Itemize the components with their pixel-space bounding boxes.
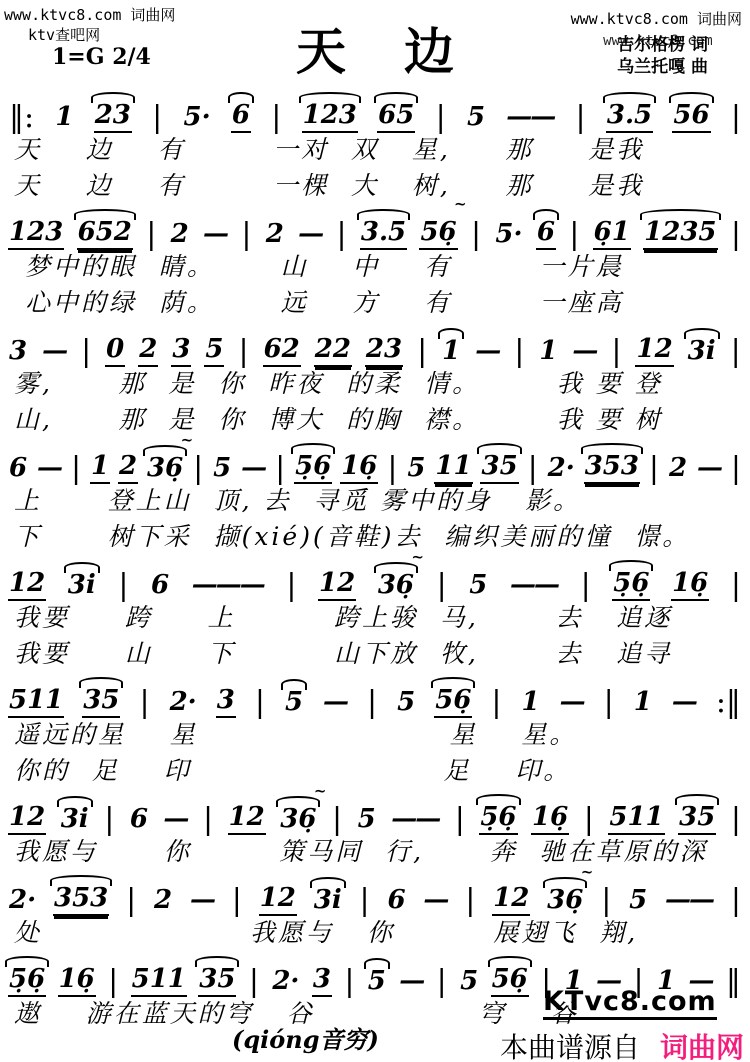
lyric-line: 天 边 有 一对 双 星, 那 是我 [8,133,742,169]
note: 2 [668,455,688,484]
note: 12 [228,804,266,835]
note: 5 [367,968,387,997]
lyric-line: 上 登上山 顶, 去 寻觅 雾中的身 影。 [8,484,742,520]
note: 5· [183,104,212,133]
sheet-music-page: www.ktvc8.com 词曲网 ktv查吧网 1=G 2/4 天边 www.… [0,0,750,1062]
lyric-line: 遥远的星 星 星 星。 [8,718,742,754]
barline: | [335,220,347,250]
note: 16̣ [340,453,378,484]
note: 6 [129,806,149,835]
lyricist-credit-line: www.ktvc8.com 吉尔格楞 词 [617,30,708,52]
barline: | [730,103,742,133]
note: — [36,455,62,484]
source-label: 本曲谱源自 [500,1032,640,1062]
note: 16̣ [531,804,569,835]
note: —— [664,887,714,916]
barline: | [145,220,157,250]
barline: | [117,571,129,601]
note: 6 [231,102,251,133]
credits-block: www.ktvc8.com 吉尔格楞 词 乌兰托嘎 曲 [617,30,708,77]
note: 35 [198,966,236,997]
note: 62 [263,336,301,367]
barline: | [454,805,466,835]
lyric-line: 我要 跨 上 跨上骏 马, 去 追逐 [8,601,742,637]
barline: | [103,805,115,835]
note: 2· [547,455,576,484]
note: 5 [357,806,377,835]
note: 1 [90,453,110,484]
note: 3 [8,338,28,367]
note: 2 [170,221,190,250]
barline: | [125,886,137,916]
note: — [189,887,215,916]
note: — [422,887,448,916]
notation-row: 51135|2·3|5—|556̣|1—|1—:‖ [8,673,742,718]
note: 353 [53,885,109,916]
note: 3.5 [360,219,407,250]
pronunciation-note: (qióng音穷) [232,1020,379,1055]
lyric-line: 心中的绿 荫。 远 方 有 一座高 [8,286,742,322]
note: 2 [118,453,138,484]
note: 511 [608,804,664,835]
notation-row: 123i|6———|1236̣|5——|5̣6̣16̣| [8,556,742,601]
note: 6 [8,455,28,484]
barline: | [435,103,447,133]
note: 3i [313,887,343,916]
note: — [202,221,228,250]
barline: | [80,337,92,367]
barline: | [436,571,448,601]
note: 2 [265,221,285,250]
barline: | [366,688,378,718]
score-system: 2·353|2—|123i|6—|1236̣|5——|处 我愿与 你 展翅飞 翔… [0,871,750,952]
note: 5 [406,455,426,484]
note: — [398,968,424,997]
note: 65 [377,102,415,133]
note: 22 [314,336,352,367]
lyric-line: 天 边 有 一棵 大 树, 那 是我 [8,169,742,205]
barline: | [386,454,398,484]
note: 2· [169,689,198,718]
notation-row: ‖:123|5·6|12365|5——|3.556| [8,88,742,133]
lyric-line: 下 树下采 撷(xié)(音鞋)去 编织美丽的憧 憬。 [8,520,742,556]
note: 5 [212,455,232,484]
barline: | [343,967,355,997]
note: 23 [365,336,403,367]
note: 0 [105,336,125,367]
lyric-line: 梦中的眼 睛。 山 中 有 一片晨 [8,250,742,286]
note: — [696,455,722,484]
barline: | [70,454,82,484]
barline: | [237,337,249,367]
note: 56̣ [491,966,529,997]
notation-row: 2·353|2—|123i|6—|1236̣|5——| [8,871,742,916]
barline: | [648,454,660,484]
score-system: 123i|6———|1236̣|5——|5̣6̣16̣|我要 跨 上 跨上骏 马… [0,556,750,673]
barline: | [231,886,243,916]
note: 12 [8,804,46,835]
note: —— [390,806,440,835]
lyric-line: 处 我愿与 你 展翅飞 翔, [8,916,742,952]
barline: | [138,688,150,718]
note: 12 [8,570,46,601]
note: 5 [468,572,488,601]
note: 1 [54,104,74,133]
score-system: 51135|2·3|5—|556̣|1—|1—:‖遥远的星 星 星 星。你的 足… [0,673,750,790]
note: 3 [216,687,236,718]
note: 652 [77,219,133,250]
notation-row: 6—|1236̣|5—|5̣6̣16̣|51135|2·353|2—| [8,439,742,484]
note: 3i [67,572,97,601]
note: 1 [538,338,558,367]
note: 6 [150,572,170,601]
note: — [322,689,348,718]
barline: | [274,454,286,484]
barline: | [151,103,163,133]
barline: | [470,220,482,250]
barline: | [610,337,622,367]
barline: | [603,688,615,718]
barline: | [600,886,612,916]
note: 1 [633,689,653,718]
note: 3 [171,336,191,367]
note: 123 [302,102,358,133]
note: 3 [312,966,332,997]
note: 5̣6̣ [612,570,650,601]
barline: | [490,688,502,718]
note: ——— [191,572,265,601]
note: 12 [318,570,356,601]
note: 6̣1 [593,219,631,250]
barline: ‖: [8,103,35,133]
note: 2· [271,968,300,997]
barline: | [730,454,742,484]
note: 12 [635,336,673,367]
barline: | [730,805,742,835]
barline: | [580,571,592,601]
barline: | [575,103,587,133]
barline: | [730,220,742,250]
notation-row: 123652|2—|2—|3.556̣|5·6|6̣11235| [8,205,742,250]
watermark-logo: KTvc8.com [543,986,717,1020]
note: 35 [480,453,518,484]
site-url-top-right: www.ktvc8.com 词曲网 [571,8,742,29]
barline: | [730,571,742,601]
note: 36̣ [377,572,415,601]
notation-row: 3—|0235|622223|1—|1—|123i| [8,322,742,367]
barline: | [464,886,476,916]
note: 511 [131,966,187,997]
barline: ‖ [725,967,742,997]
score-system: 123i|6—|1236̣|5——|5̣6̣16̣|51135|我愿与 你 策马… [0,790,750,871]
barline: | [359,886,371,916]
note: 35 [678,804,716,835]
barline: | [527,454,539,484]
barline: | [583,805,595,835]
note: 12 [259,885,297,916]
note: 5̣6̣ [294,453,332,484]
barline: | [240,220,252,250]
note: — [671,689,697,718]
note: 56̣ [419,219,457,250]
note: 35 [82,687,120,718]
note: — [240,455,266,484]
score-system: ‖:123|5·6|12365|5——|3.556|天 边 有 一对 双 星, … [0,88,750,205]
watermark-overlap: www.ktvc8.com [603,33,713,49]
note: 5 [204,336,224,367]
barline: | [730,337,742,367]
score-system: 6—|1236̣|5—|5̣6̣16̣|51135|2·353|2—|上 登上山… [0,439,750,556]
note: 36̣ [279,806,317,835]
barline: | [416,337,428,367]
barline: | [730,886,742,916]
note: 1 [441,338,461,367]
note: — [41,338,67,367]
note: 353 [584,453,640,484]
note: — [559,689,585,718]
barline: | [513,337,525,367]
note: 5̣6̣ [479,804,517,835]
note: 3.5 [606,102,653,133]
note: — [474,338,500,367]
score-system: 123652|2—|2—|3.556̣|5·6|6̣11235| 梦中的眼 睛。… [0,205,750,322]
score-system: 3—|0235|622223|1—|1—|123i|雾, 那 是 你 昨夜 的柔… [0,322,750,439]
note: 5̣6̣ [8,966,46,997]
barline: | [270,103,282,133]
barline: | [248,967,260,997]
source-line: 本曲谱源自词曲网 [500,1026,744,1062]
note: 2 [138,336,158,367]
note: 36̣ [146,455,184,484]
lyric-line: 我要 山 下 山下放 牧, 去 追寻 [8,637,742,673]
note: 511 [8,687,64,718]
note: 12 [492,885,530,916]
barline: | [107,967,119,997]
notation-row: 123i|6—|1236̣|5——|5̣6̣16̣|51135| [8,790,742,835]
note: 23 [94,102,132,133]
note: 56̣ [434,687,472,718]
note: — [297,221,323,250]
note: 6 [386,887,406,916]
note: — [571,338,597,367]
lyric-line: 山, 那 是 你 博大 的胸 襟。 我 要 树 [8,403,742,439]
barline: | [285,571,297,601]
note: 3i [60,806,90,835]
note: 11 [434,453,472,484]
note: 16̣ [58,966,96,997]
note: 2 [153,887,173,916]
barline: | [192,454,204,484]
lyric-line: 雾, 那 是 你 昨夜 的柔 情。 我 要 登 [8,367,742,403]
barline: | [202,805,214,835]
note: —— [509,572,559,601]
barline: :‖ [715,688,742,718]
barline: | [436,967,448,997]
note: 5 [284,689,304,718]
note: 5 [466,104,486,133]
note: 5 [396,689,416,718]
note: 5 [628,887,648,916]
note: 6 [536,219,556,250]
score: ‖:123|5·6|12365|5——|3.556|天 边 有 一对 双 星, … [0,88,750,1033]
note: 1235 [643,219,717,250]
note: 16̣ [671,570,709,601]
source-site-link: 词曲网 [660,1032,744,1062]
note: 5 [459,968,479,997]
note: 56 [672,102,710,133]
composer-credit: 乌兰托嘎 曲 [617,52,708,77]
barline: | [568,220,580,250]
note: 2· [8,887,37,916]
lyric-line: 你的 足 印 足 印。 [8,754,742,790]
barline: | [331,805,343,835]
note: — [162,806,188,835]
barline: | [254,688,266,718]
note: 3i [687,338,717,367]
note: 5· [494,221,523,250]
note: 36̣ [546,887,584,916]
lyric-line: 我愿与 你 策马同 行, 奔 驰在草原的深 [8,835,742,871]
note: 1 [521,689,541,718]
note: —— [505,104,555,133]
note: 123 [8,219,64,250]
